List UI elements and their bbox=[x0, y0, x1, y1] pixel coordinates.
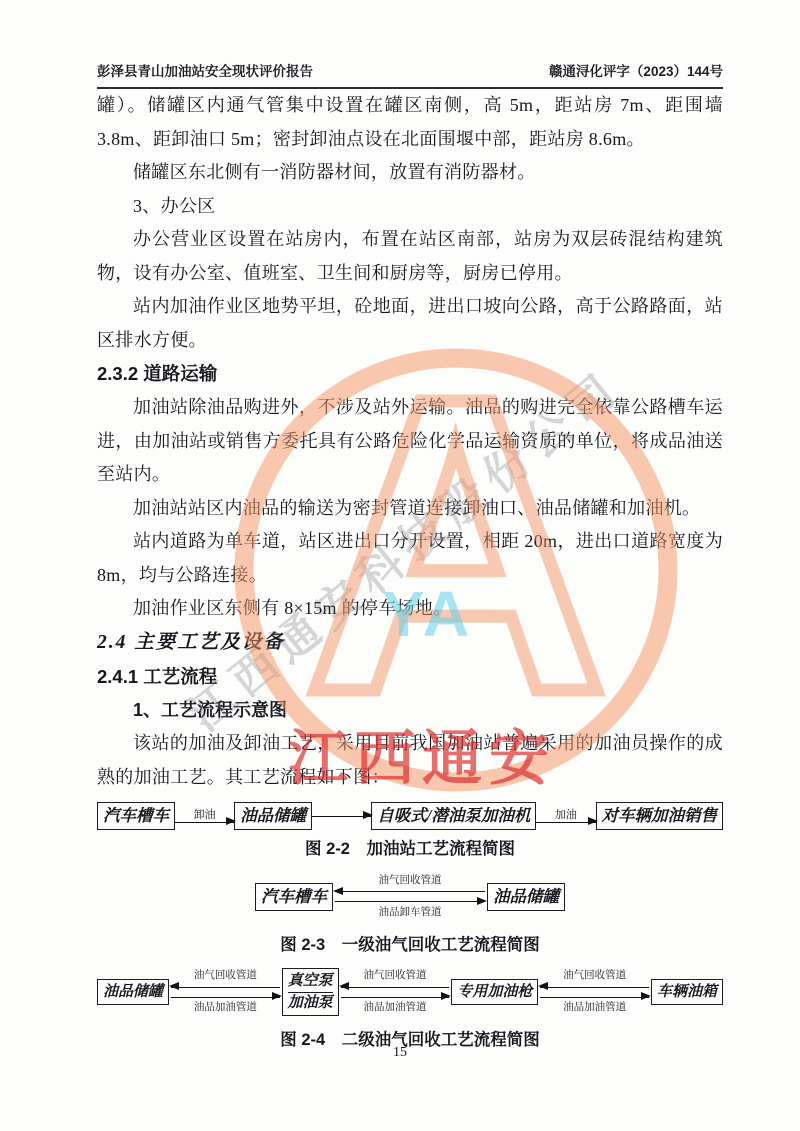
fig23-flow-diagram: 汽车槽车 油气回收管道 油品卸车管道 油品储罐 bbox=[97, 875, 723, 919]
fig23-box-tanker: 汽车槽车 bbox=[255, 883, 333, 911]
fig24-box-pumps: 真空泵 加油泵 bbox=[282, 968, 339, 1016]
fig23-top-label: 油气回收管道 bbox=[335, 875, 485, 887]
fig24-pipe-arrows-1: 油气回收管道 油品加油管道 bbox=[171, 970, 280, 1014]
fig23-box-storage: 油品储罐 bbox=[487, 883, 565, 911]
fig22-arrow-refuel-label: 加油 bbox=[555, 810, 577, 821]
arrow-right-icon bbox=[536, 822, 595, 823]
section-heading-2-4: 2.4 主要工艺及设备 bbox=[97, 626, 723, 660]
paragraph-office-1: 办公营业区设置在站房内，布置在站区南部，站房为双层砖混结构建筑物，设有办公室、值… bbox=[97, 223, 723, 290]
arrow-left-icon bbox=[341, 987, 450, 988]
subheading-flow-diagram: 1、工艺流程示意图 bbox=[97, 694, 723, 728]
fig22-box-storage: 油品储罐 bbox=[234, 802, 312, 830]
arrow-right-icon bbox=[341, 997, 450, 998]
section-heading-2-4-1: 2.4.1 工艺流程 bbox=[97, 660, 723, 694]
fig24-box-cartank: 车辆油箱 bbox=[651, 979, 723, 1005]
arrow-right-icon bbox=[335, 901, 485, 902]
fig24-box-storage: 油品储罐 bbox=[97, 979, 169, 1005]
fig23-bottom-label: 油品卸车管道 bbox=[335, 907, 485, 919]
fig22-box-tanker: 汽车槽车 bbox=[97, 802, 175, 830]
paragraph-road-3: 站内道路为单车道，站区进出口分开设置，相距 20m，进出口道路宽度为 8m，均与… bbox=[97, 525, 723, 592]
paragraph-tank-area: 罐）。储罐区内通气管集中设置在罐区南侧，高 5m，距站房 7m、距围墙 3.8m… bbox=[97, 89, 723, 156]
document-page: 彭泽县青山加油站安全现状评价报告 赣通浔化评字（2023）144号 罐）。储罐区… bbox=[0, 0, 800, 1131]
fig22-arrow-unload-label: 卸油 bbox=[194, 810, 216, 821]
arrow-left-icon bbox=[171, 987, 280, 988]
fig24-box-fuel-pump: 加油泵 bbox=[288, 993, 333, 1013]
arrow-right-icon bbox=[540, 997, 649, 998]
paragraph-road-4: 加油作业区东侧有 8×15m 的停车场地。 bbox=[97, 592, 723, 626]
arrow-right-icon bbox=[312, 816, 371, 817]
fig24-box-vacuum-pump: 真空泵 bbox=[288, 971, 333, 992]
fig24-pipe-arrows-2: 油气回收管道 油品加油管道 bbox=[341, 970, 450, 1014]
fig22-caption: 图 2-2 加油站工艺流程简图 bbox=[97, 839, 723, 860]
fig23-caption: 图 2-3 一级油气回收工艺流程简图 bbox=[97, 935, 723, 956]
fig22-box-dispenser: 自吸式/潜油泵加油机 bbox=[371, 802, 536, 830]
page-header: 彭泽县青山加油站安全现状评价报告 赣通浔化评字（2023）144号 bbox=[97, 0, 723, 89]
paragraph-office-2: 站内加油作业区地势平坦，砼地面，进出口坡向公路，高于公路路面，站区排水方便。 bbox=[97, 290, 723, 357]
fig24-top-label-1: 油气回收管道 bbox=[171, 970, 280, 982]
section-heading-2-3-2: 2.3.2 道路运输 bbox=[97, 357, 723, 391]
paragraph-process-intro: 该站的加油及卸油工艺，采用目前我国加油站普遍采用的加油员操作的成熟的加油工艺。其… bbox=[97, 727, 723, 794]
fig24-bottom-label-1: 油品加油管道 bbox=[171, 1002, 280, 1014]
fig22-box-sale: 对车辆加油销售 bbox=[596, 802, 724, 830]
subheading-office-area: 3、办公区 bbox=[97, 190, 723, 224]
fig23-pipe-arrows: 油气回收管道 油品卸车管道 bbox=[335, 875, 485, 919]
fig24-pipe-arrows-3: 油气回收管道 油品加油管道 bbox=[540, 970, 649, 1014]
paragraph-fire-equipment: 储罐区东北侧有一消防器材间，放置有消防器材。 bbox=[97, 156, 723, 190]
fig22-arrow-plain bbox=[312, 816, 371, 817]
fig24-bottom-label-3: 油品加油管道 bbox=[540, 1002, 649, 1014]
fig22-arrow-refuel: 加油 bbox=[536, 810, 595, 823]
page-content: 彭泽县青山加油站安全现状评价报告 赣通浔化评字（2023）144号 罐）。储罐区… bbox=[97, 0, 723, 1055]
paragraph-road-2: 加油站站区内油品的输送为密封管道连接卸油口、油品储罐和加油机。 bbox=[97, 492, 723, 526]
arrow-left-icon bbox=[335, 891, 485, 892]
header-doc-number: 赣通浔化评字（2023）144号 bbox=[549, 60, 723, 80]
fig24-top-label-2: 油气回收管道 bbox=[341, 970, 450, 982]
arrow-left-icon bbox=[540, 987, 649, 988]
page-number: 15 bbox=[0, 1045, 800, 1061]
fig22-flow-diagram: 汽车槽车 卸油 油品储罐 自吸式/潜油泵加油机 加油 对车辆加油销售 bbox=[97, 802, 723, 830]
arrow-right-icon bbox=[175, 822, 234, 823]
fig24-bottom-label-2: 油品加油管道 bbox=[341, 1002, 450, 1014]
header-report-title: 彭泽县青山加油站安全现状评价报告 bbox=[97, 60, 313, 80]
fig24-box-gun: 专用加油枪 bbox=[451, 979, 538, 1005]
fig22-arrow-unload: 卸油 bbox=[175, 810, 234, 823]
paragraph-road-1: 加油站除油品购进外，不涉及站外运输。油品的购进完全依靠公路槽车运进，由加油站或销… bbox=[97, 391, 723, 492]
arrow-right-icon bbox=[171, 997, 280, 998]
fig24-flow-diagram: 油品储罐 油气回收管道 油品加油管道 真空泵 加油泵 油气回收管道 油品加油管道… bbox=[97, 968, 723, 1016]
fig24-top-label-3: 油气回收管道 bbox=[540, 970, 649, 982]
